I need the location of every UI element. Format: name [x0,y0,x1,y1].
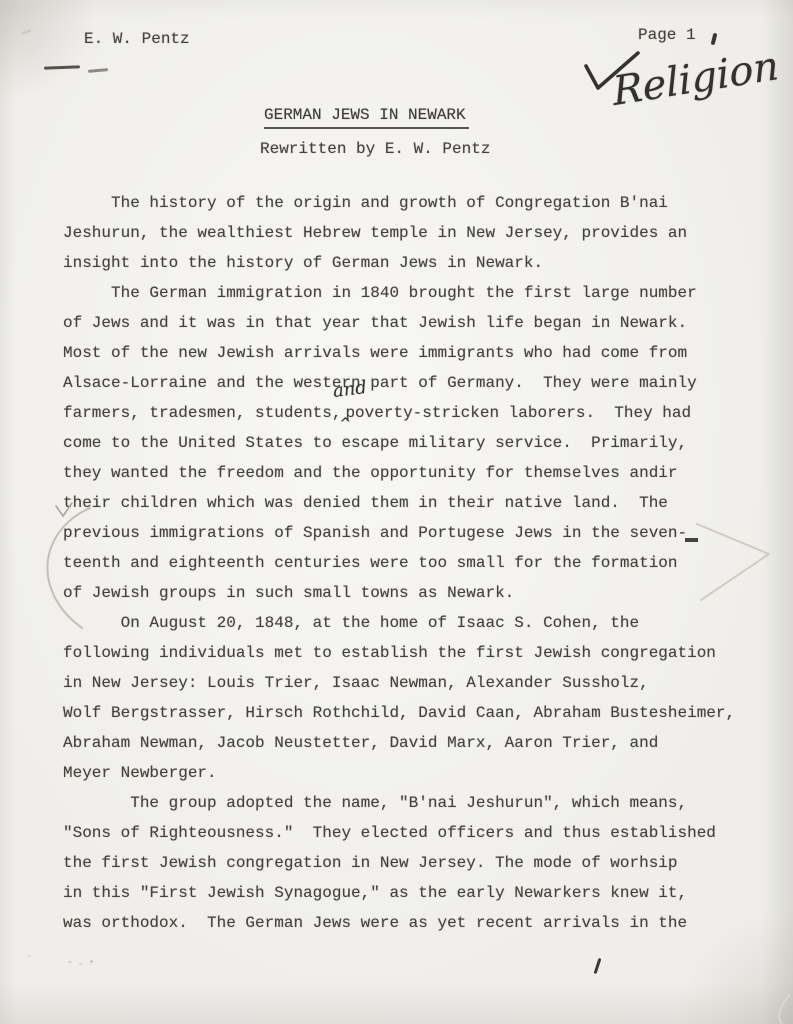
text-line: The German immigration in 1840 brought t… [63,278,773,308]
paper-speck [79,963,83,965]
text-line: come to the United States to escape mili… [63,428,773,458]
document-title: GERMAN JEWS IN NEWARK [264,106,469,129]
document-page: E. W. Pentz Page 1 Religion GERMAN JEWS … [0,0,793,1024]
text-line: Abraham Newman, Jacob Neustetter, David … [63,728,773,758]
text-line: the first Jewish congregation in New Jer… [63,848,773,878]
dark-dash-mark [685,538,698,542]
corner-crease-mark [752,992,793,1024]
text-line: previous immigrations of Spanish and Por… [63,518,773,548]
insertion-caret-icon: ^ [339,409,351,439]
text-line: following individuals met to establish t… [63,638,773,668]
text-before-insertion: farmers, tradesmen, students, [63,404,341,422]
text-line: "Sons of Righteousness." They elected of… [63,818,773,848]
corner-smudge [22,30,31,35]
text-line: teenth and eighteenth centuries were too… [63,548,773,578]
text-line: On August 20, 1848, at the home of Isaac… [63,608,773,638]
left-margin-curve-mark [28,498,103,638]
text-line: Wolf Bergstrasser, Hirsch Rothchild, Dav… [63,698,773,728]
pen-tick-mark [711,33,718,46]
paper-speck [28,955,31,957]
text-line-with-insertion: farmers, tradesmen, students,and^poverty… [63,398,773,428]
text-line: they wanted the freedom and the opportun… [63,458,773,488]
pencil-dash-mark [44,65,80,69]
bottom-pen-slash-mark [594,958,602,974]
text-line: in New Jersey: Louis Trier, Isaac Newman… [63,668,773,698]
text-line: The history of the origin and growth of … [63,188,773,218]
text-after-insertion: poverty-stricken laborers. They had [345,404,691,422]
page-number: Page 1 [638,26,696,44]
document-subtitle: Rewritten by E. W. Pentz [260,140,490,158]
handwritten-insertion: and^ [341,401,345,417]
text-line: of Jews and it was in that year that Jew… [63,308,773,338]
text-line: Most of the new Jewish arrivals were imm… [63,338,773,368]
text-line: of Jewish groups in such small towns as … [63,578,773,608]
text-line: their children which was denied them in … [63,488,773,518]
text-line: Meyer Newberger. [63,758,773,788]
text-line: in this "First Jewish Synagogue," as the… [63,878,773,908]
text-line: Jeshurun, the wealthiest Hebrew temple i… [63,218,773,248]
right-margin-arrow-mark [685,512,783,607]
pencil-dash-mark-faint [88,68,108,72]
text-line: Alsace-Lorraine and the western part of … [63,368,773,398]
document-body: The history of the origin and growth of … [63,188,773,938]
paper-speck [68,961,72,963]
handwritten-word-and: and [332,373,369,407]
paper-speck [90,960,93,963]
text-line: The group adopted the name, "B'nai Jeshu… [63,788,773,818]
text-line: insight into the history of German Jews … [63,248,773,278]
author-name: E. W. Pentz [84,30,190,48]
text-line: was orthodox. The German Jews were as ye… [63,908,773,938]
